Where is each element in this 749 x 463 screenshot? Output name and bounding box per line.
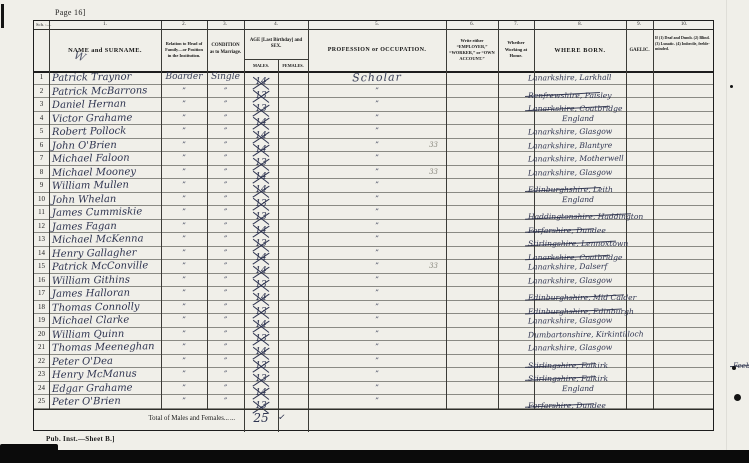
age-males-cell: 14 [244, 179, 278, 192]
table-row: 23 Henry McManus ” ” 13 ” Stirlingshire,… [34, 368, 713, 382]
column-number: 8. [578, 22, 582, 27]
table-row: 21 Thomas Meeneghan ” ” 14 ” Lanarkshire… [34, 341, 713, 355]
condition-cell: ” [207, 395, 244, 408]
infirmity-cell [649, 193, 719, 206]
relation-cell: ” [161, 247, 207, 260]
condition-cell: ” [207, 260, 244, 273]
relation-cell: ” [161, 355, 207, 368]
row-number-cell: 17 [34, 287, 49, 300]
name-cell: Patrick McConville [52, 259, 164, 273]
age-males-cell: 14 [244, 341, 278, 354]
condition-cell: ” [207, 206, 244, 219]
relation-cell: ” [161, 166, 207, 179]
pencil-note: 33 [404, 139, 438, 152]
table-row: 14 Henry Gallagher ” ” 14 ” Lanarkshire,… [34, 247, 713, 261]
relation-cell: ” [161, 382, 207, 395]
row-number-cell: 22 [34, 355, 49, 368]
relation-cell: ” [161, 341, 207, 354]
row-number-cell: 2 [34, 85, 49, 98]
profession-cell: ” [308, 301, 446, 314]
age-males-cell: 13 [244, 233, 278, 246]
condition-cell: ” [207, 112, 244, 125]
infirmity-cell [649, 247, 719, 260]
row-number-cell: 19 [34, 314, 49, 327]
profession-cell: ” [308, 382, 446, 395]
relation-cell: ” [161, 233, 207, 246]
name-cell: James Halloran [52, 286, 164, 300]
column-number: 6. [470, 22, 474, 27]
row-number-cell: 4 [34, 112, 49, 125]
scan-speck [730, 85, 733, 88]
row-number-cell: 23 [34, 368, 49, 381]
column-number: 10. [681, 22, 687, 27]
table-row: 12 James Fagan ” ” 14 ” Forfarshire, Dun… [34, 220, 713, 234]
infirmity-cell [649, 260, 719, 273]
table-row: 6 John O'Brien ” ” 14 ” 33 Lanarkshire, … [34, 139, 713, 153]
table-body: 1 Patrick Traynor Boarder Single 14 Scho… [34, 71, 713, 409]
header-employer: Write either “EMPLOYER,” “WORKER,” or “O… [446, 29, 498, 71]
profession-cell: ” [308, 233, 446, 246]
name-cell: Peter O'Dea [52, 354, 164, 368]
name-cell: William Mullen [52, 178, 164, 192]
profession-cell: ” [308, 395, 446, 408]
totals-dots: ... [230, 415, 235, 422]
age-males-cell: 13 [244, 274, 278, 287]
condition-cell: ” [207, 301, 244, 314]
row-number-cell: 12 [34, 220, 49, 233]
table-row: 15 Patrick McConville ” ” 14 ” 33 Lanark… [34, 260, 713, 274]
age-males-cell: 13 [244, 355, 278, 368]
column-number: 7. [514, 22, 518, 27]
age-males-cell: 14 [244, 112, 278, 125]
relation-cell: ” [161, 301, 207, 314]
where-born-cell: Lanarkshire, Motherwell [528, 152, 638, 165]
name-cell: Michael Mooney [52, 165, 164, 179]
where-born-cell: Lanarkshire, Glasgow [528, 273, 638, 286]
relation-cell: ” [161, 125, 207, 138]
infirmity-cell [649, 341, 719, 354]
where-born-cell: England [528, 381, 638, 394]
table-row: 24 Edgar Grahame ” ” 14 ” England [34, 382, 713, 396]
profession-cell: ” [308, 274, 446, 287]
table-row: 4 Victor Grahame ” ” 14 ” England [34, 112, 713, 126]
relation-cell: ” [161, 368, 207, 381]
infirmity-cell [649, 112, 719, 125]
row-number-cell: 5 [34, 125, 49, 138]
name-cell: James Cummiskie [52, 205, 164, 219]
column-number: 9. [637, 22, 641, 27]
scan-speck [732, 366, 736, 370]
infirmity-cell [649, 328, 719, 341]
row-number-cell: 1 [34, 71, 49, 84]
profession-cell: ” [308, 247, 446, 260]
totals-label: Total of Males and Females... [64, 415, 229, 422]
condition-cell: ” [207, 368, 244, 381]
condition-cell: ” [207, 247, 244, 260]
infirmity-cell [649, 314, 719, 327]
table-row: 13 Michael McKenna ” ” 13 ” Stirlingshir… [34, 233, 713, 247]
age-males-cell: 14 [244, 125, 278, 138]
row-number-cell: 16 [34, 274, 49, 287]
row-number-cell: 10 [34, 193, 49, 206]
name-cell: Henry McManus [52, 367, 164, 381]
age-males-cell: 14 [244, 287, 278, 300]
census-sheet-page: Page 16] W Sch. :— 1. 2. 3. 4. 5. 6. 7. … [0, 0, 749, 463]
profession-cell: ” [308, 341, 446, 354]
condition-cell: ” [207, 125, 244, 138]
table-row: 2 Patrick McBarrons ” ” 13 ” Renfrewshir… [34, 85, 713, 99]
age-males-cell: 13 [244, 301, 278, 314]
condition-cell: ” [207, 98, 244, 111]
relation-cell: ” [161, 179, 207, 192]
row-number-cell: 6 [34, 139, 49, 152]
condition-cell: ” [207, 220, 244, 233]
age-males-cell: 13 [244, 193, 278, 206]
row-number-cell: 18 [34, 301, 49, 314]
scan-bottom-edge [0, 450, 749, 463]
header-females: FEMALES. [278, 59, 308, 71]
header-age-sex: AGE [Last Birthday] and SEX. [244, 29, 308, 59]
header-working-home: Whether Working at Home. [498, 29, 534, 71]
table-row: 22 Peter O'Dea ” ” 13 ” Stirlingshire, F… [34, 355, 713, 369]
table-row: 5 Robert Pollock ” ” 14 ” Lanarkshire, G… [34, 125, 713, 139]
header-profession: PROFESSION or OCCUPATION. [308, 29, 446, 71]
infirmity-cell [649, 85, 719, 98]
where-born-cell: Lanarkshire, Dalserf [528, 260, 638, 273]
where-born-cell: Lanarkshire, Glasgow [528, 341, 638, 354]
age-males-cell: 13 [244, 328, 278, 341]
condition-cell: ” [207, 382, 244, 395]
name-cell: Patrick Traynor [52, 70, 164, 84]
where-born-cell: Lanarkshire, Larkhall [528, 71, 638, 84]
infirmity-cell [649, 98, 719, 111]
table-row: 25 Peter O'Brien ” ” 13 ” Forfarshire, D… [34, 395, 713, 409]
relation-cell: Boarder [161, 71, 207, 84]
where-born-cell: Lanarkshire, Blantyre [528, 138, 638, 151]
row-number-cell: 9 [34, 179, 49, 192]
name-cell: Peter O'Brien [52, 394, 164, 408]
totals-top-rule [34, 409, 713, 410]
table-row: 3 Daniel Hernan ” ” 13 ” Lanarkshire, Co… [34, 98, 713, 112]
row-number-cell: 21 [34, 341, 49, 354]
header-gaelic: GAELIC. [626, 29, 653, 71]
table-row: 11 James Cummiskie ” ” 13 ” Haddingtonsh… [34, 206, 713, 220]
table-row: 8 Michael Mooney ” ” 14 ” 33 Lanarkshire… [34, 166, 713, 180]
table-row: 1 Patrick Traynor Boarder Single 14 Scho… [34, 71, 713, 85]
name-cell: John Whelan [52, 192, 164, 206]
header-name: NAME and SURNAME. [49, 29, 161, 71]
condition-cell: ” [207, 328, 244, 341]
profession-cell: ” [308, 368, 446, 381]
relation-cell: ” [161, 112, 207, 125]
header-where-born: WHERE BORN. [534, 29, 626, 71]
relation-cell: ” [161, 85, 207, 98]
column-number: 5. [375, 22, 379, 27]
name-cell: Thomas Meeneghan [52, 340, 164, 354]
age-males-cell: 13 [244, 368, 278, 381]
where-born-cell: Lanarkshire, Glasgow [528, 165, 638, 178]
age-males-cell: 13 [244, 206, 278, 219]
column-number: 4. [274, 22, 278, 27]
infirmity-cell [649, 382, 719, 395]
age-males-cell: 14 [244, 382, 278, 395]
infirmity-cell [649, 395, 719, 408]
profession-cell: ” [308, 314, 446, 327]
relation-cell: ” [161, 260, 207, 273]
infirmity-cell [649, 301, 719, 314]
where-born-cell: Lanarkshire, Glasgow [528, 125, 638, 138]
infirmity-cell [649, 274, 719, 287]
profession-cell: ” [308, 206, 446, 219]
profession-cell: ” [308, 179, 446, 192]
column-number: 1. [103, 22, 107, 27]
profession-cell: ” [308, 98, 446, 111]
where-born-cell: Lanarkshire, Glasgow [528, 314, 638, 327]
age-males-cell: 13 [244, 85, 278, 98]
row-number-cell: 11 [34, 206, 49, 219]
row-number-cell: 25 [34, 395, 49, 408]
name-cell: William Quinn [52, 327, 164, 341]
profession-cell: ” [308, 287, 446, 300]
infirmity-cell [649, 220, 719, 233]
infirmity-cell [649, 368, 719, 381]
name-cell: Henry Gallagher [52, 246, 164, 260]
column-number: 2. [182, 22, 186, 27]
totals-row: Total of Males and Females... ... 25 ✓ [34, 409, 713, 432]
relation-cell: ” [161, 220, 207, 233]
name-cell: Michael Faloon [52, 151, 164, 165]
condition-cell: ” [207, 274, 244, 287]
row-number-cell: 13 [34, 233, 49, 246]
name-cell: Robert Pollock [52, 124, 164, 138]
table-row: 19 Michael Clarke ” ” 14 ” Lanarkshire, … [34, 314, 713, 328]
name-cell: Michael McKenna [52, 232, 164, 246]
row-number-cell: 3 [34, 98, 49, 111]
pencil-note: 33 [404, 260, 438, 273]
age-males-cell: 14 [244, 220, 278, 233]
name-cell: Daniel Hernan [52, 97, 164, 111]
row-number-cell: 7 [34, 152, 49, 165]
infirmity-cell [649, 139, 719, 152]
name-cell: Victor Grahame [52, 111, 164, 125]
condition-cell: ” [207, 287, 244, 300]
check-mark-icon: ✓ [277, 412, 286, 424]
condition-cell: ” [207, 355, 244, 368]
age-males-cell: 14 [244, 71, 278, 84]
age-males-cell: 14 [244, 247, 278, 260]
relation-cell: ” [161, 98, 207, 111]
row-number-cell: 20 [34, 328, 49, 341]
where-born-cell: England [528, 192, 638, 205]
row-number-cell: 14 [34, 247, 49, 260]
profession-cell: ” [308, 328, 446, 341]
header-infirmity: If (1) Deaf and Dumb. (2) Blind. (3) Lun… [653, 29, 715, 71]
name-cell: John O'Brien [52, 138, 164, 152]
age-males-cell: 13 [244, 395, 278, 408]
relation-cell: ” [161, 152, 207, 165]
relation-cell: ” [161, 193, 207, 206]
condition-cell: ” [207, 193, 244, 206]
sheet-footer-label: Pub. Inst.—Sheet B.] [46, 435, 115, 443]
header-relation: Relation to Head of Family—or Position i… [161, 29, 207, 71]
name-cell: Edgar Grahame [52, 381, 164, 395]
table-row: 17 James Halloran ” ” 14 ” Edinburghshir… [34, 287, 713, 301]
relation-cell: ” [161, 395, 207, 408]
profession-cell: ” [308, 152, 446, 165]
profession-cell: ” [308, 125, 446, 138]
header-condition: CONDITION as to Marriage. [207, 29, 244, 71]
scan-speck [734, 394, 741, 401]
row-number-cell: 24 [34, 382, 49, 395]
profession-cell: Scholar [308, 70, 446, 85]
profession-cell: ” [308, 220, 446, 233]
profession-cell: ” [308, 112, 446, 125]
name-cell: Patrick McBarrons [52, 84, 164, 98]
infirmity-cell [649, 125, 719, 138]
census-table: Sch. :— 1. 2. 3. 4. 5. 6. 7. 8. 9. 10. N… [33, 20, 714, 431]
condition-cell: ” [207, 179, 244, 192]
infirmity-cell [649, 166, 719, 179]
age-males-cell: 14 [244, 166, 278, 179]
where-born-cell: Dumbartonshire, Kirkintilloch [528, 327, 638, 340]
page-number-label: Page 16] [55, 8, 86, 17]
condition-cell: ” [207, 166, 244, 179]
table-row: 20 William Quinn ” ” 13 ” Dumbartonshire… [34, 328, 713, 342]
relation-cell: ” [161, 287, 207, 300]
relation-cell: ” [161, 206, 207, 219]
condition-cell: ” [207, 341, 244, 354]
condition-cell: ” [207, 233, 244, 246]
pencil-note: 33 [404, 166, 438, 179]
age-subheader-rule [244, 59, 308, 60]
relation-cell: ” [161, 328, 207, 341]
row-number-cell: 15 [34, 260, 49, 273]
age-males-cell: 14 [244, 260, 278, 273]
age-males-cell: 13 [244, 98, 278, 111]
profession-cell: ” [308, 355, 446, 368]
condition-cell: ” [207, 85, 244, 98]
condition-cell: ” [207, 314, 244, 327]
paper-crease [726, 0, 727, 450]
relation-cell: ” [161, 139, 207, 152]
condition-cell: Single [207, 71, 244, 84]
table-row: 18 Thomas Connolly ” ” 13 ” Edinburghshi… [34, 301, 713, 315]
totals-value: 25 [246, 411, 276, 425]
infirmity-cell [649, 71, 719, 84]
name-cell: James Fagan [52, 219, 164, 233]
name-cell: William Githins [52, 273, 164, 287]
scan-edge-mark [1, 4, 4, 28]
where-born-cell: England [528, 111, 638, 124]
condition-cell: ” [207, 152, 244, 165]
infirmity-cell [649, 206, 719, 219]
relation-cell: ” [161, 314, 207, 327]
name-cell: Michael Clarke [52, 313, 164, 327]
profession-cell: ” [308, 193, 446, 206]
age-males-cell: 14 [244, 314, 278, 327]
header-males: MALES. [244, 59, 278, 71]
condition-cell: ” [207, 139, 244, 152]
infirmity-cell [649, 287, 719, 300]
row-number-cell: 8 [34, 166, 49, 179]
relation-cell: ” [161, 274, 207, 287]
table-row: 16 William Githins ” ” 13 ” Lanarkshire,… [34, 274, 713, 288]
table-row: 7 Michael Faloon ” ” 13 ” Lanarkshire, M… [34, 152, 713, 166]
age-males-cell: 14 [244, 139, 278, 152]
infirmity-cell [649, 233, 719, 246]
name-cell: Thomas Connolly [52, 300, 164, 314]
infirmity-cell [649, 179, 719, 192]
age-males-cell: 13 [244, 152, 278, 165]
profession-cell: ” [308, 85, 446, 98]
table-row: 10 John Whelan ” ” 13 ” England [34, 193, 713, 207]
column-number: 3. [223, 22, 227, 27]
table-row: 9 William Mullen ” ” 14 ” Edinburghshire… [34, 179, 713, 193]
infirmity-cell [649, 152, 719, 165]
